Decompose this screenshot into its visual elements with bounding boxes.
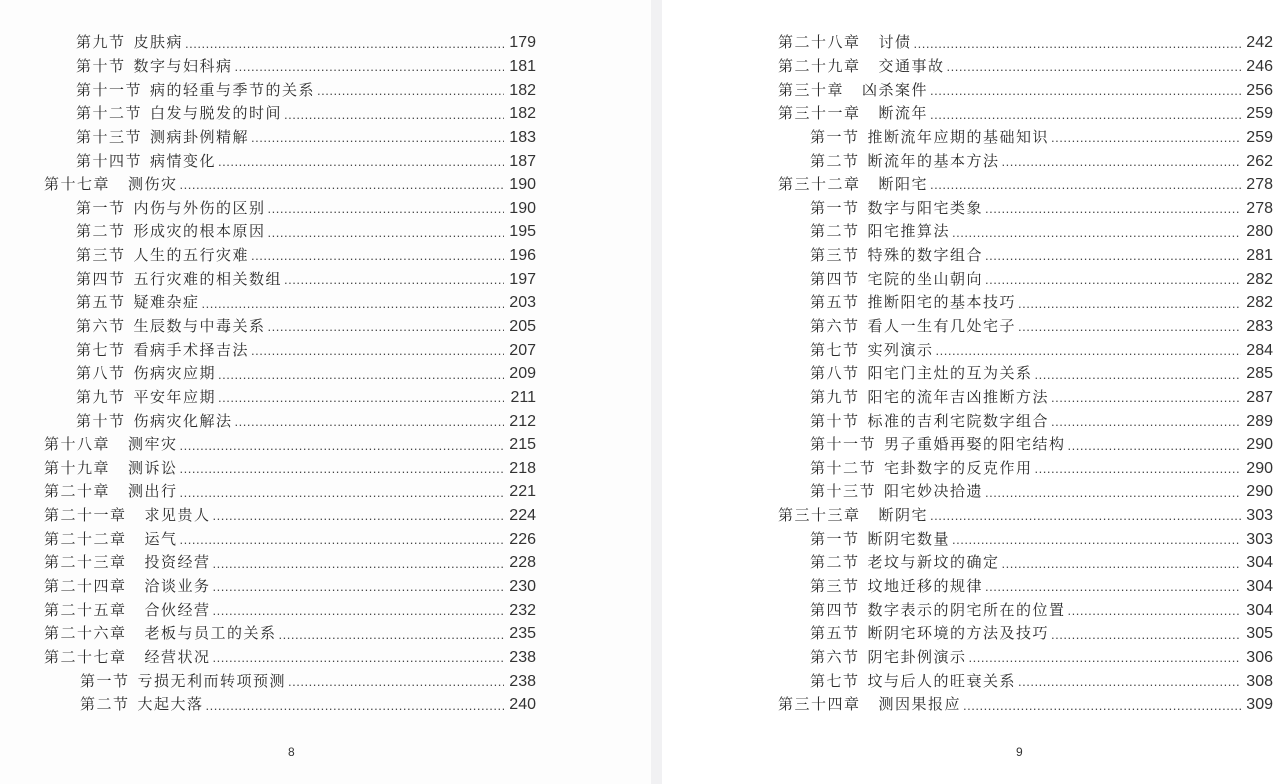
entry-title: 推断流年应期的基础知识 <box>868 126 1050 149</box>
toc-section-entry[interactable]: 第二节 大起大落 240 <box>44 693 536 717</box>
entry-number: 第二节 <box>80 693 130 716</box>
entry-page-number: 182 <box>506 79 536 102</box>
dot-leader <box>952 227 1241 244</box>
toc-chapter-entry[interactable]: 第二十一章 求见贵人 224 <box>44 504 536 528</box>
entry-title: 内伤与外伤的区别 <box>134 197 266 220</box>
dot-leader <box>218 369 504 386</box>
toc-section-entry[interactable]: 第十一节 男子重婚再娶的阳宅结构 290 <box>778 433 1273 457</box>
entry-number: 第三十四章 <box>778 693 861 716</box>
entry-number: 第一节 <box>810 126 860 149</box>
dot-leader <box>251 345 504 362</box>
entry-page-number: 218 <box>506 457 536 480</box>
entry-number: 第一节 <box>810 197 860 220</box>
entry-title: 数字与妇科病 <box>134 55 233 78</box>
entry-page-number: 190 <box>506 173 536 196</box>
entry-page-number: 190 <box>506 197 536 220</box>
entry-page-number: 205 <box>506 315 536 338</box>
dot-leader <box>235 416 504 433</box>
entry-page-number: 308 <box>1243 670 1273 693</box>
entry-page-number: 203 <box>506 291 536 314</box>
toc-section-entry[interactable]: 第十一节 病的轻重与季节的关系 182 <box>44 78 536 102</box>
entry-page-number: 215 <box>506 433 536 456</box>
entry-number: 第十节 <box>810 410 860 433</box>
dot-leader <box>288 676 504 693</box>
entry-title: 阳宅门主灶的互为关系 <box>868 362 1033 385</box>
entry-number: 第四节 <box>76 268 126 291</box>
entry-page-number: 242 <box>1243 31 1273 54</box>
dot-leader <box>947 61 1241 78</box>
entry-page-number: 232 <box>506 599 536 622</box>
entry-page-number: 183 <box>506 126 536 149</box>
entry-number: 第五节 <box>810 622 860 645</box>
entry-title: 生辰数与中毒关系 <box>134 315 266 338</box>
entry-title: 测出行 <box>128 480 178 503</box>
dot-leader <box>284 274 504 291</box>
entry-title: 宅院的坐山朝向 <box>868 268 984 291</box>
toc-section-entry[interactable]: 第八节 阳宅门主灶的互为关系 285 <box>778 362 1273 386</box>
entry-title: 人生的五行灾难 <box>134 244 250 267</box>
entry-page-number: 278 <box>1243 197 1273 220</box>
entry-number: 第二十三章 <box>44 551 127 574</box>
entry-title: 阳宅的流年吉凶推断方法 <box>868 386 1050 409</box>
toc-chapter-entry[interactable]: 第二十三章 投资经营 228 <box>44 551 536 575</box>
toc-section-entry[interactable]: 第六节 阴宅卦例演示 306 <box>778 646 1273 670</box>
entry-title: 断阴宅环境的方法及技巧 <box>868 622 1050 645</box>
entry-page-number: 306 <box>1243 646 1273 669</box>
entry-number: 第二十九章 <box>778 55 861 78</box>
toc-section-entry[interactable]: 第十四节 病情变化 187 <box>44 149 536 173</box>
entry-number: 第二十四章 <box>44 575 127 598</box>
entry-number: 第三十章 <box>778 79 844 102</box>
entry-number: 第七节 <box>810 339 860 362</box>
page-gutter <box>651 0 662 784</box>
toc-section-entry[interactable]: 第七节 坟与后人的旺衰关系 308 <box>778 669 1273 693</box>
toc-chapter-entry[interactable]: 第三十三章 断阴宅 303 <box>778 504 1273 528</box>
entry-page-number: 256 <box>1243 79 1273 102</box>
entry-page-number: 259 <box>1243 126 1273 149</box>
entry-page-number: 209 <box>506 362 536 385</box>
dot-leader <box>1051 416 1241 433</box>
entry-title: 阴宅卦例演示 <box>868 646 967 669</box>
entry-page-number: 262 <box>1243 150 1273 173</box>
toc-section-entry[interactable]: 第九节 平安年应期 211 <box>44 386 536 410</box>
entry-page-number: 224 <box>506 504 536 527</box>
entry-page-number: 179 <box>506 31 536 54</box>
dot-leader <box>213 605 504 622</box>
entry-page-number: 303 <box>1243 528 1273 551</box>
entry-page-number: 303 <box>1243 504 1273 527</box>
dot-leader <box>185 38 504 55</box>
entry-number: 第一节 <box>810 528 860 551</box>
entry-page-number: 304 <box>1243 599 1273 622</box>
toc-section-entry[interactable]: 第五节 推断阳宅的基本技巧 282 <box>778 291 1273 315</box>
entry-title: 数字与阳宅类象 <box>868 197 984 220</box>
entry-number: 第二十五章 <box>44 599 127 622</box>
toc-chapter-entry[interactable]: 第二十章 测出行 221 <box>44 480 536 504</box>
entry-title: 坟与后人的旺衰关系 <box>868 670 1017 693</box>
entry-page-number: 290 <box>1243 480 1273 503</box>
toc-section-entry[interactable]: 第四节 数字表示的阴宅所在的位置 304 <box>778 598 1273 622</box>
dot-leader <box>235 61 504 78</box>
entry-number: 第十八章 <box>44 433 110 456</box>
toc-section-entry[interactable]: 第九节 阳宅的流年吉凶推断方法 287 <box>778 386 1273 410</box>
entry-number: 第四节 <box>810 599 860 622</box>
dot-leader <box>1068 605 1241 622</box>
dot-leader <box>180 179 504 196</box>
entry-title: 求见贵人 <box>145 504 211 527</box>
toc-section-entry[interactable]: 第十节 数字与妇科病 181 <box>44 55 536 79</box>
entry-number: 第一节 <box>76 197 126 220</box>
entry-title: 断流年的基本方法 <box>868 150 1000 173</box>
right-page: 第二十八章 讨债 242 第二十九章 交通事故 246 第三十章 凶杀案件 25… <box>662 0 1284 784</box>
dot-leader <box>985 581 1241 598</box>
entry-page-number: 228 <box>506 551 536 574</box>
entry-page-number: 282 <box>1243 291 1273 314</box>
dot-leader <box>985 203 1241 220</box>
dot-leader <box>213 558 504 575</box>
entry-title: 合伙经营 <box>145 599 211 622</box>
dot-leader <box>930 85 1241 102</box>
dot-leader <box>218 392 504 409</box>
dot-leader <box>1051 132 1241 149</box>
entry-number: 第三节 <box>76 244 126 267</box>
entry-title: 实列演示 <box>868 339 934 362</box>
dot-leader <box>952 534 1241 551</box>
entry-title: 运气 <box>145 528 178 551</box>
dot-leader <box>930 109 1241 126</box>
entry-title: 阳宅妙决拾遗 <box>884 480 983 503</box>
entry-number: 第十节 <box>76 55 126 78</box>
entry-page-number: 283 <box>1243 315 1273 338</box>
entry-page-number: 287 <box>1243 386 1273 409</box>
toc-chapter-entry[interactable]: 第三十二章 断阳宅 278 <box>778 173 1273 197</box>
dot-leader <box>1002 558 1241 575</box>
toc-list-right: 第二十八章 讨债 242 第二十九章 交通事故 246 第三十章 凶杀案件 25… <box>778 31 1273 717</box>
dot-leader <box>1018 321 1241 338</box>
toc-section-entry[interactable]: 第十二节 白发与脱发的时间 182 <box>44 102 536 126</box>
dot-leader <box>1002 156 1241 173</box>
toc-section-entry[interactable]: 第八节 伤病灾应期 209 <box>44 362 536 386</box>
entry-page-number: 285 <box>1243 362 1273 385</box>
toc-section-entry[interactable]: 第十三节 阳宅妙决拾遗 290 <box>778 480 1273 504</box>
entry-number: 第三十二章 <box>778 173 861 196</box>
entry-title: 特殊的数字组合 <box>868 244 984 267</box>
dot-leader <box>317 85 504 102</box>
entry-page-number: 230 <box>506 575 536 598</box>
entry-number: 第六节 <box>810 315 860 338</box>
dot-leader <box>213 581 504 598</box>
page-number-left: 8 <box>288 745 295 759</box>
dot-leader <box>268 321 504 338</box>
page-number-right: 9 <box>1016 745 1023 759</box>
toc-chapter-entry[interactable]: 第二十七章 经营状况 238 <box>44 646 536 670</box>
toc-section-entry[interactable]: 第六节 看人一生有几处宅子 283 <box>778 315 1273 339</box>
entry-number: 第二节 <box>810 551 860 574</box>
toc-section-entry[interactable]: 第一节 数字与阳宅类象 278 <box>778 196 1273 220</box>
entry-page-number: 238 <box>506 670 536 693</box>
dot-leader <box>268 203 504 220</box>
entry-title: 形成灾的根本原因 <box>134 220 266 243</box>
entry-title: 断阴宅数量 <box>868 528 951 551</box>
dot-leader <box>936 345 1241 362</box>
dot-leader <box>985 274 1241 291</box>
dot-leader <box>268 227 504 244</box>
dot-leader <box>284 109 504 126</box>
entry-title: 平安年应期 <box>134 386 217 409</box>
entry-page-number: 278 <box>1243 173 1273 196</box>
dot-leader <box>279 629 504 646</box>
toc-section-entry[interactable]: 第一节 断阴宅数量 303 <box>778 527 1273 551</box>
dot-leader <box>213 510 504 527</box>
dot-leader <box>180 440 504 457</box>
entry-title: 经营状况 <box>145 646 211 669</box>
entry-number: 第二十七章 <box>44 646 127 669</box>
dot-leader <box>963 700 1241 717</box>
toc-chapter-entry[interactable]: 第十九章 测诉讼 218 <box>44 457 536 481</box>
entry-title: 交通事故 <box>879 55 945 78</box>
entry-page-number: 280 <box>1243 220 1273 243</box>
entry-number: 第九节 <box>810 386 860 409</box>
entry-title: 断阳宅 <box>879 173 929 196</box>
toc-section-entry[interactable]: 第三节 坟地迁移的规律 304 <box>778 575 1273 599</box>
toc-section-entry[interactable]: 第五节 疑难杂症 203 <box>44 291 536 315</box>
entry-number: 第七节 <box>76 339 126 362</box>
entry-number: 第七节 <box>810 670 860 693</box>
entry-title: 五行灾难的相关数组 <box>134 268 283 291</box>
entry-page-number: 187 <box>506 150 536 173</box>
entry-page-number: 196 <box>506 244 536 267</box>
toc-chapter-entry[interactable]: 第三十四章 测因果报应 309 <box>778 693 1273 717</box>
toc-section-entry[interactable]: 第四节 宅院的坐山朝向 282 <box>778 267 1273 291</box>
dot-leader <box>251 132 504 149</box>
dot-leader <box>251 250 504 267</box>
dot-leader <box>1051 629 1241 646</box>
entry-page-number: 221 <box>506 480 536 503</box>
entry-page-number: 195 <box>506 220 536 243</box>
entry-page-number: 238 <box>506 646 536 669</box>
toc-section-entry[interactable]: 第一节 内伤与外伤的区别 190 <box>44 196 536 220</box>
dot-leader <box>213 652 504 669</box>
dot-leader <box>985 487 1241 504</box>
dot-leader <box>1018 298 1241 315</box>
toc-chapter-entry[interactable]: 第二十四章 洽谈业务 230 <box>44 575 536 599</box>
entry-title: 测病卦例精解 <box>150 126 249 149</box>
entry-number: 第二节 <box>810 220 860 243</box>
toc-section-entry[interactable]: 第十二节 宅卦数字的反克作用 290 <box>778 457 1273 481</box>
toc-section-entry[interactable]: 第二节 形成灾的根本原因 195 <box>44 220 536 244</box>
dot-leader <box>914 38 1241 55</box>
entry-number: 第一节 <box>80 670 130 693</box>
entry-title: 洽谈业务 <box>145 575 211 598</box>
entry-title: 数字表示的阴宅所在的位置 <box>868 599 1066 622</box>
entry-number: 第九节 <box>76 31 126 54</box>
entry-page-number: 235 <box>506 622 536 645</box>
toc-chapter-entry[interactable]: 第三十章 凶杀案件 256 <box>778 78 1273 102</box>
entry-title: 坟地迁移的规律 <box>868 575 984 598</box>
toc-section-entry[interactable]: 第二节 阳宅推算法 280 <box>778 220 1273 244</box>
entry-number: 第十二节 <box>76 102 142 125</box>
entry-title: 疑难杂症 <box>134 291 200 314</box>
dot-leader <box>218 156 504 173</box>
entry-page-number: 305 <box>1243 622 1273 645</box>
entry-number: 第十二节 <box>810 457 876 480</box>
toc-section-entry[interactable]: 第十节 伤病灾化解法 212 <box>44 409 536 433</box>
entry-title: 测伤灾 <box>128 173 178 196</box>
entry-number: 第二节 <box>810 150 860 173</box>
entry-page-number: 290 <box>1243 433 1273 456</box>
toc-chapter-entry[interactable]: 第二十二章 运气 226 <box>44 527 536 551</box>
entry-number: 第三节 <box>810 244 860 267</box>
toc-section-entry[interactable]: 第十三节 测病卦例精解 183 <box>44 126 536 150</box>
entry-page-number: 304 <box>1243 551 1273 574</box>
dot-leader <box>969 652 1241 669</box>
toc-section-entry[interactable]: 第二节 断流年的基本方法 262 <box>778 149 1273 173</box>
entry-page-number: 309 <box>1243 693 1273 716</box>
entry-page-number: 211 <box>506 386 536 409</box>
entry-title: 伤病灾应期 <box>134 362 217 385</box>
entry-title: 病情变化 <box>150 150 216 173</box>
entry-number: 第八节 <box>76 362 126 385</box>
dot-leader <box>180 463 504 480</box>
entry-title: 测诉讼 <box>128 457 178 480</box>
entry-title: 测牢灾 <box>128 433 178 456</box>
entry-title: 凶杀案件 <box>862 79 928 102</box>
dot-leader <box>206 700 504 717</box>
entry-number: 第十四节 <box>76 150 142 173</box>
entry-number: 第十七章 <box>44 173 110 196</box>
entry-title: 老坟与新坟的确定 <box>868 551 1000 574</box>
toc-section-entry[interactable]: 第五节 断阴宅环境的方法及技巧 305 <box>778 622 1273 646</box>
entry-number: 第二十八章 <box>778 31 861 54</box>
entry-page-number: 226 <box>506 528 536 551</box>
entry-title: 投资经营 <box>145 551 211 574</box>
toc-section-entry[interactable]: 第九节 皮肤病 179 <box>44 31 536 55</box>
entry-page-number: 181 <box>506 55 536 78</box>
entry-title: 皮肤病 <box>134 31 184 54</box>
entry-title: 白发与脱发的时间 <box>150 102 282 125</box>
entry-page-number: 212 <box>506 410 536 433</box>
entry-number: 第三十三章 <box>778 504 861 527</box>
entry-page-number: 182 <box>506 102 536 125</box>
toc-section-entry[interactable]: 第一节 推断流年应期的基础知识 259 <box>778 126 1273 150</box>
dot-leader <box>930 510 1241 527</box>
entry-title: 断流年 <box>879 102 929 125</box>
dot-leader <box>180 534 504 551</box>
entry-page-number: 289 <box>1243 410 1273 433</box>
toc-chapter-entry[interactable]: 第十七章 测伤灾 190 <box>44 173 536 197</box>
entry-title: 大起大落 <box>138 693 204 716</box>
dot-leader <box>1068 440 1241 457</box>
dot-leader <box>180 487 504 504</box>
entry-title: 宅卦数字的反克作用 <box>884 457 1033 480</box>
toc-section-entry[interactable]: 第一节 亏损无利而转项预测 238 <box>44 669 536 693</box>
entry-title: 阳宅推算法 <box>868 220 951 243</box>
toc-chapter-entry[interactable]: 第二十六章 老板与员工的关系 235 <box>44 622 536 646</box>
entry-number: 第五节 <box>810 291 860 314</box>
toc-section-entry[interactable]: 第四节 五行灾难的相关数组 197 <box>44 267 536 291</box>
entry-number: 第八节 <box>810 362 860 385</box>
entry-page-number: 290 <box>1243 457 1273 480</box>
dot-leader <box>1051 392 1241 409</box>
toc-chapter-entry[interactable]: 第二十八章 讨债 242 <box>778 31 1273 55</box>
entry-number: 第三节 <box>810 575 860 598</box>
dot-leader <box>202 298 504 315</box>
toc-section-entry[interactable]: 第二节 老坟与新坟的确定 304 <box>778 551 1273 575</box>
dot-leader <box>1018 676 1241 693</box>
entry-number: 第四节 <box>810 268 860 291</box>
entry-number: 第十九章 <box>44 457 110 480</box>
entry-page-number: 284 <box>1243 339 1273 362</box>
toc-chapter-entry[interactable]: 第二十五章 合伙经营 232 <box>44 598 536 622</box>
entry-number: 第六节 <box>76 315 126 338</box>
entry-page-number: 259 <box>1243 102 1273 125</box>
toc-section-entry[interactable]: 第七节 看病手术择吉法 207 <box>44 338 536 362</box>
entry-page-number: 304 <box>1243 575 1273 598</box>
entry-number: 第二十二章 <box>44 528 127 551</box>
toc-section-entry[interactable]: 第十节 标准的吉利宅院数字组合 289 <box>778 409 1273 433</box>
toc-chapter-entry[interactable]: 第三十一章 断流年 259 <box>778 102 1273 126</box>
toc-section-entry[interactable]: 第六节 生辰数与中毒关系 205 <box>44 315 536 339</box>
entry-title: 老板与员工的关系 <box>145 622 277 645</box>
entry-number: 第十三节 <box>76 126 142 149</box>
entry-page-number: 197 <box>506 268 536 291</box>
dot-leader <box>1035 369 1241 386</box>
entry-title: 伤病灾化解法 <box>134 410 233 433</box>
dot-leader <box>985 250 1241 267</box>
entry-page-number: 240 <box>506 693 536 716</box>
entry-number: 第十节 <box>76 410 126 433</box>
entry-title: 标准的吉利宅院数字组合 <box>868 410 1050 433</box>
entry-number: 第十一节 <box>76 79 142 102</box>
entry-number: 第六节 <box>810 646 860 669</box>
toc-list-left: 第九节 皮肤病 179 第十节 数字与妇科病 181 第十一节 病的轻重与季节的… <box>44 31 536 717</box>
entry-number: 第九节 <box>76 386 126 409</box>
entry-title: 男子重婚再娶的阳宅结构 <box>884 433 1066 456</box>
entry-number: 第二节 <box>76 220 126 243</box>
toc-chapter-entry[interactable]: 第十八章 测牢灾 215 <box>44 433 536 457</box>
entry-title: 看人一生有几处宅子 <box>868 315 1017 338</box>
toc-section-entry[interactable]: 第三节 特殊的数字组合 281 <box>778 244 1273 268</box>
entry-page-number: 246 <box>1243 55 1273 78</box>
entry-title: 断阴宅 <box>879 504 929 527</box>
toc-section-entry[interactable]: 第三节 人生的五行灾难 196 <box>44 244 536 268</box>
toc-section-entry[interactable]: 第七节 实列演示 284 <box>778 338 1273 362</box>
entry-number: 第三十一章 <box>778 102 861 125</box>
toc-chapter-entry[interactable]: 第二十九章 交通事故 246 <box>778 55 1273 79</box>
entry-number: 第二十章 <box>44 480 110 503</box>
entry-title: 讨债 <box>879 31 912 54</box>
entry-number: 第十三节 <box>810 480 876 503</box>
entry-page-number: 207 <box>506 339 536 362</box>
entry-title: 亏损无利而转项预测 <box>138 670 287 693</box>
dot-leader <box>930 179 1241 196</box>
dot-leader <box>1035 463 1241 480</box>
entry-number: 第二十六章 <box>44 622 127 645</box>
left-page: 第九节 皮肤病 179 第十节 数字与妇科病 181 第十一节 病的轻重与季节的… <box>0 0 651 784</box>
entry-number: 第十一节 <box>810 433 876 456</box>
entry-page-number: 281 <box>1243 244 1273 267</box>
entry-number: 第五节 <box>76 291 126 314</box>
entry-title: 测因果报应 <box>879 693 962 716</box>
entry-title: 推断阳宅的基本技巧 <box>868 291 1017 314</box>
entry-page-number: 282 <box>1243 268 1273 291</box>
entry-number: 第二十一章 <box>44 504 127 527</box>
entry-title: 看病手术择吉法 <box>134 339 250 362</box>
entry-title: 病的轻重与季节的关系 <box>150 79 315 102</box>
